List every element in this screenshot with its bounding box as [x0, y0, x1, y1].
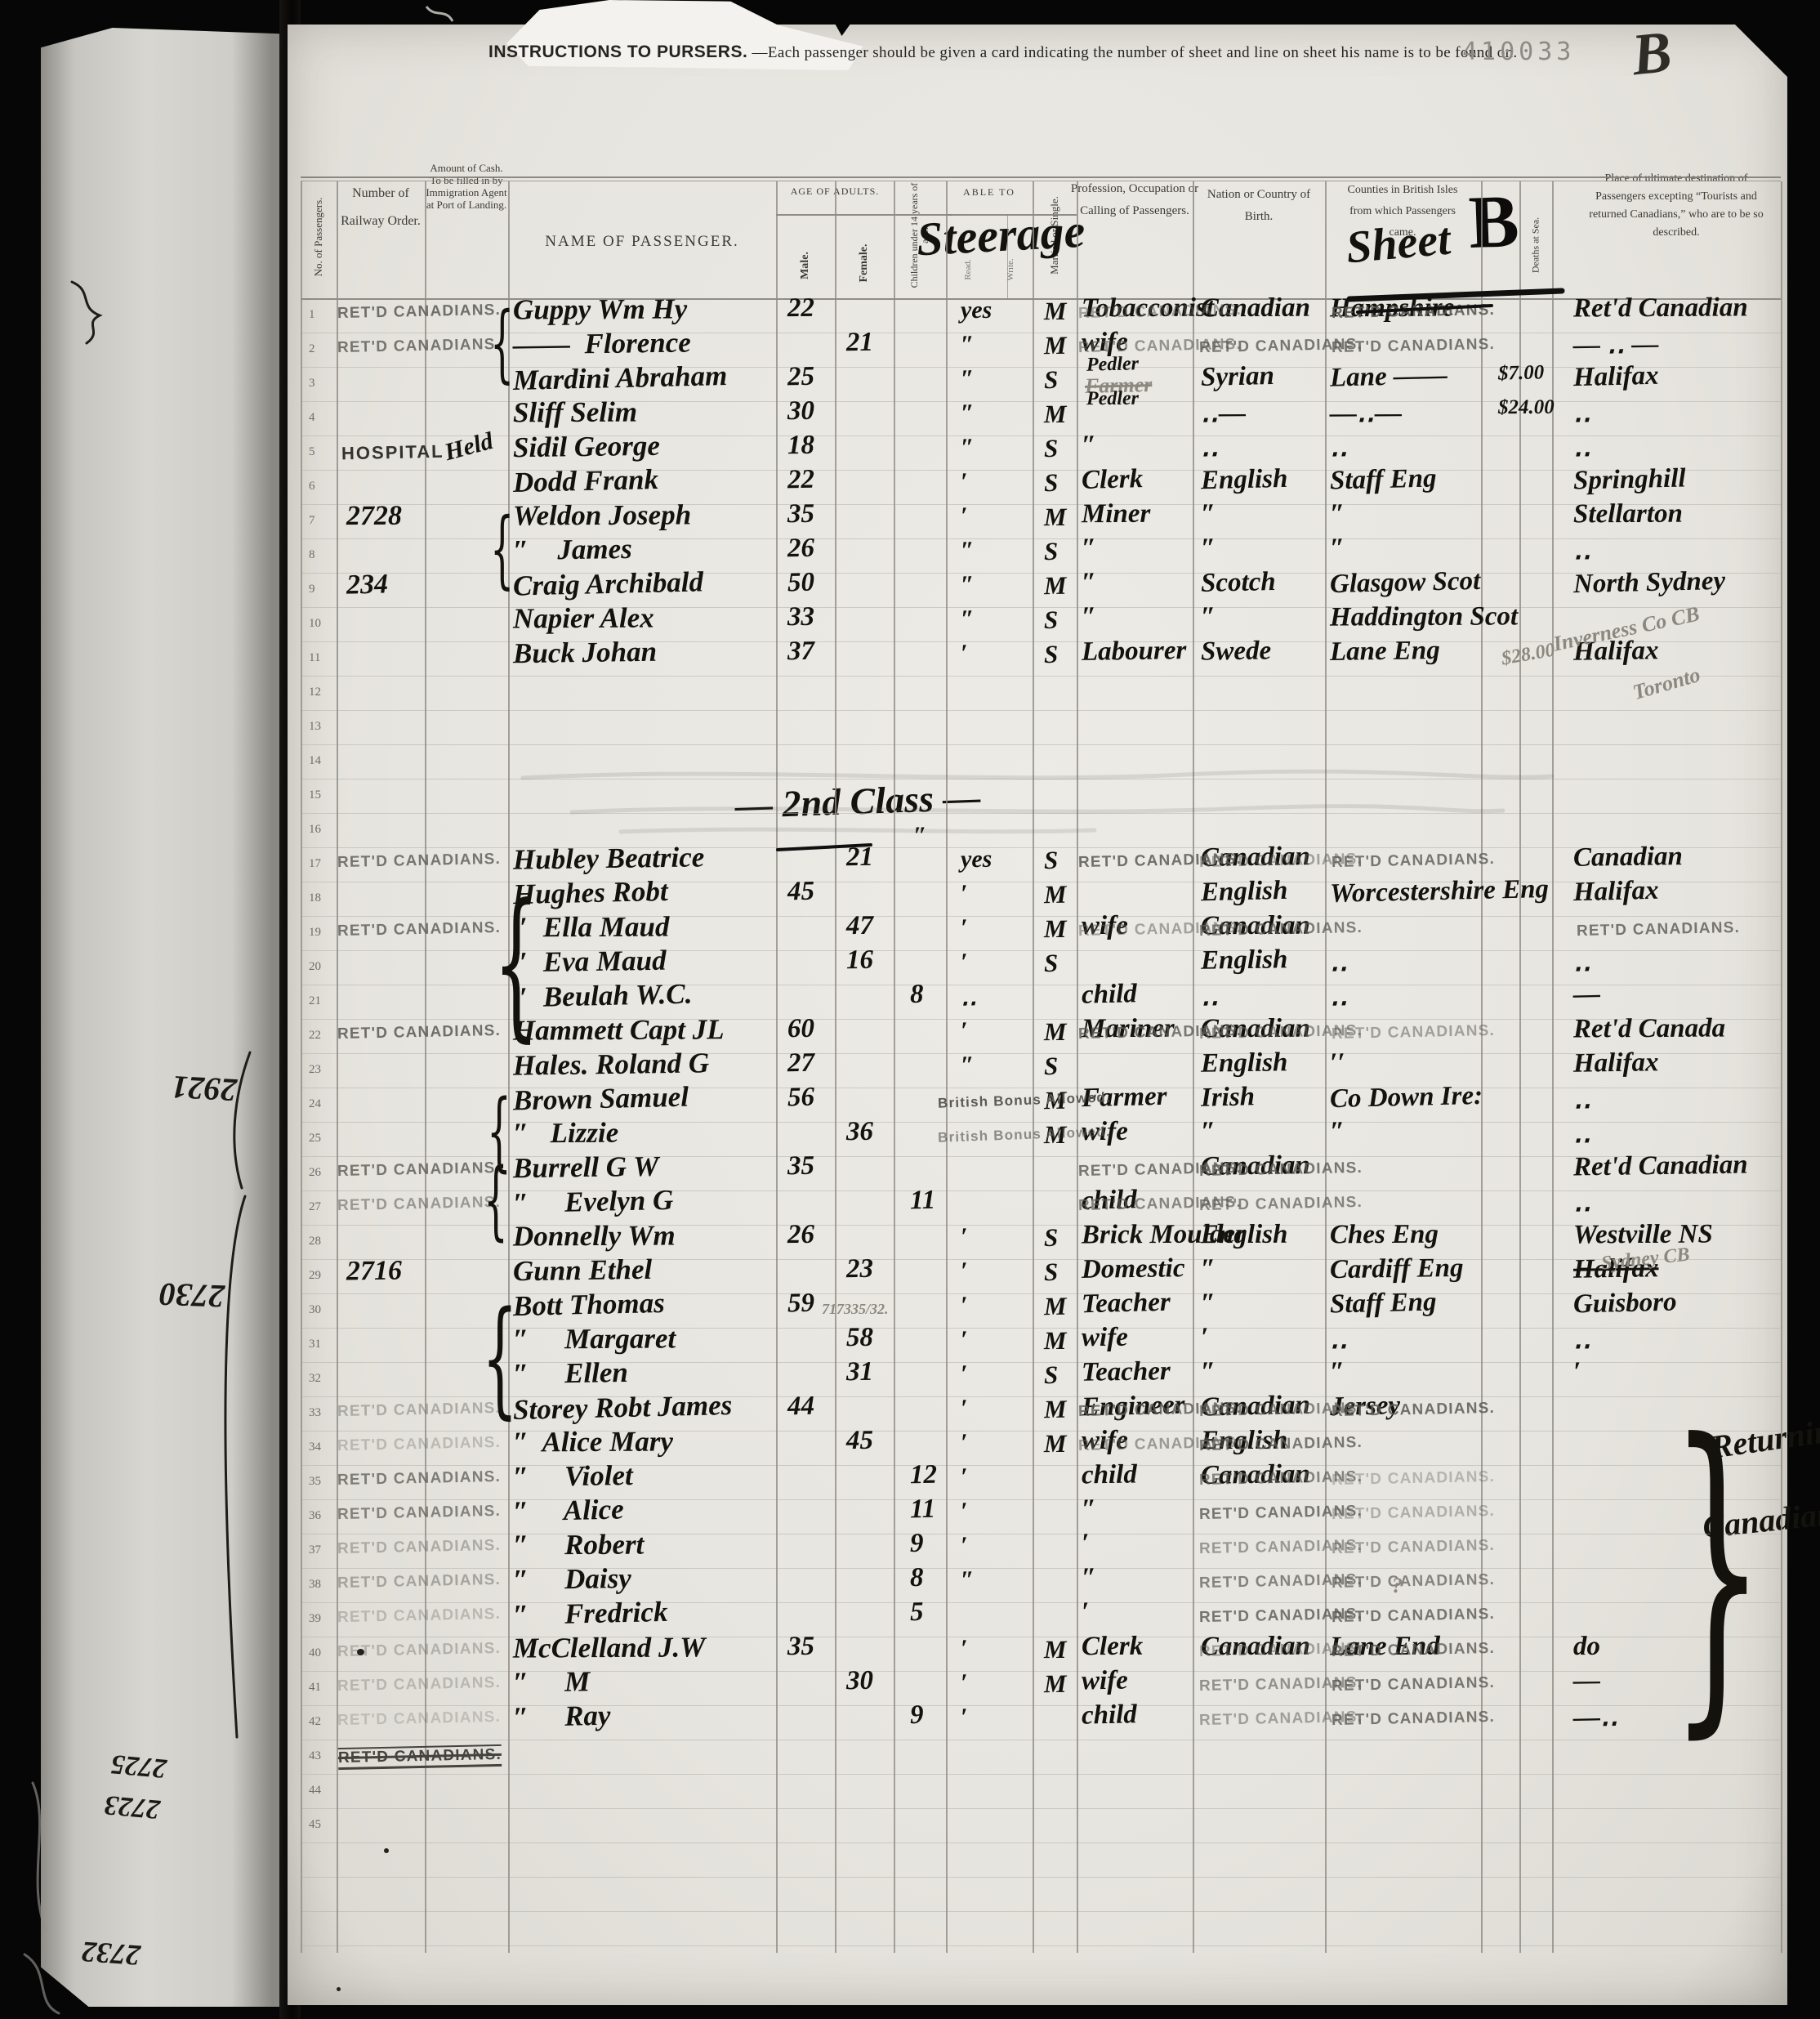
row-41-name: ″ M	[513, 1665, 591, 1699]
row-11-nat: Swede	[1201, 636, 1272, 667]
row-7-dst: Stellarton	[1573, 499, 1683, 530]
row-11-number: 11	[309, 651, 320, 665]
row-10-number: 10	[309, 617, 321, 631]
row-2-retd-stamp-cty: RET'D CANADIANS.	[1332, 336, 1495, 357]
row-5-dst: ‥	[1573, 431, 1592, 463]
row-36-c: 11	[910, 1494, 936, 1525]
grid-line	[1552, 181, 1554, 1953]
row-41-f: 30	[846, 1666, 874, 1696]
row-38-able: ″	[961, 1566, 975, 1594]
row-40-name: McClelland J.W	[513, 1631, 706, 1664]
row-20-nat: English	[1201, 945, 1288, 976]
row-4-dst: ‥	[1573, 396, 1591, 429]
row-24-nat: Irish	[1201, 1082, 1256, 1113]
row-10-able: ″	[961, 605, 975, 633]
row-6-name: Dodd Frank	[513, 463, 659, 499]
row-14-number: 14	[309, 754, 321, 768]
row-37-c: 9	[910, 1529, 924, 1559]
row-31-number: 31	[309, 1338, 321, 1351]
previous-page-edge: 2921 2730 2725 2723 2732	[41, 28, 279, 2007]
row-5-m: 18	[787, 431, 815, 461]
row-22-name: Hammett Capt JL	[513, 1013, 725, 1047]
col-header-male: Male.	[799, 252, 812, 279]
row-6-occ: Clerk	[1082, 464, 1144, 496]
row-31-dst: ‥	[1573, 1323, 1591, 1356]
row-41-occ: wife	[1082, 1666, 1128, 1697]
row-28-nat: English	[1201, 1220, 1288, 1251]
grid-line	[946, 181, 948, 1953]
row-1-retd-stamp-rw: RET'D CANADIANS.	[337, 302, 501, 323]
row-30-number: 30	[309, 1303, 321, 1317]
row-28-cty: Ches Eng	[1330, 1220, 1439, 1251]
row-3-m: 25	[787, 362, 815, 393]
row-21-able: ‥	[961, 983, 978, 1012]
row-41-retd-stamp-rw: RET'D CANADIANS.	[337, 1674, 501, 1695]
row-34-ms: M	[1044, 1429, 1067, 1458]
row-6-dst: Springhill	[1573, 463, 1686, 496]
row-25-number: 25	[309, 1132, 321, 1146]
row-3-dst: Halifax	[1573, 361, 1659, 393]
row-7-occ: Miner	[1082, 499, 1151, 529]
row-28-able: ′	[961, 1223, 968, 1251]
clipped-corner	[1733, 23, 1791, 80]
row-27-number: 27	[309, 1200, 321, 1214]
row-6-m: 22	[787, 465, 815, 496]
row-17-dst: Canadian	[1573, 842, 1683, 873]
row-1-name: Guppy Wm Hy	[513, 293, 687, 326]
row-22-m: 60	[787, 1014, 814, 1044]
row-28-number: 28	[309, 1235, 321, 1248]
row-33-number: 33	[309, 1406, 321, 1420]
row-40-m: 35	[787, 1632, 814, 1662]
row-1-dst: Ret'd Canadian	[1573, 293, 1748, 324]
instructions-title: INSTRUCTIONS TO PURSERS.	[488, 42, 747, 61]
row-18-number: 18	[309, 891, 321, 905]
row-25-nat: ″	[1201, 1117, 1216, 1147]
row-6-nat: English	[1201, 464, 1288, 496]
row-37-retd-stamp-cty: RET'D CANADIANS.	[1332, 1537, 1495, 1558]
ink-speck	[357, 1649, 364, 1655]
sheet-note: Sheet	[1344, 213, 1452, 275]
row-9-m: 50	[787, 568, 815, 599]
row-36-occ: ″	[1082, 1494, 1097, 1525]
row-39-retd-stamp-rw: RET'D CANADIANS.	[337, 1606, 501, 1627]
row-1-ms: M	[1044, 297, 1067, 326]
row-5-cty: ‥	[1330, 431, 1349, 463]
row-35-name: ″ Violet	[513, 1459, 633, 1494]
row-42-retd-stamp-rw: RET'D CANADIANS.	[337, 1709, 501, 1730]
row-3-ms: S	[1044, 365, 1059, 395]
grid-line	[301, 676, 1781, 677]
row-32-occ: Teacher	[1082, 1356, 1171, 1388]
row-21-cty: ‥	[1330, 980, 1349, 1012]
group-brace: }	[1670, 1401, 1765, 1738]
row-37-number: 37	[309, 1543, 321, 1557]
grid-line	[946, 214, 1077, 216]
sheet-letter-stamp: B	[1467, 177, 1520, 266]
row-8-nat: ″	[1201, 534, 1216, 564]
row-18-nat: English	[1201, 876, 1288, 908]
row-41-retd-stamp-cty: RET'D CANADIANS.	[1332, 1674, 1495, 1695]
row-17-able: yes	[961, 846, 993, 874]
row-19-f: 47	[846, 911, 873, 941]
row-35-occ: child	[1082, 1460, 1137, 1491]
cash-label-1: Amount of Cash.	[430, 162, 502, 174]
row-22-dst: Ret'd Canada	[1573, 1014, 1725, 1045]
row-33-m: 44	[787, 1391, 815, 1423]
row-6-able: ′	[961, 468, 968, 496]
row-27-retd-stamp-nat: RET'D CANADIANS.	[1199, 1194, 1363, 1215]
grid-line	[301, 176, 1781, 178]
row-4-number: 4	[309, 411, 315, 425]
row-23-dst: Halifax	[1573, 1047, 1659, 1079]
row-21-c: 8	[910, 980, 924, 1010]
row-37-occ: ′	[1082, 1529, 1089, 1559]
row-8-m: 26	[787, 534, 815, 564]
row-29-rw: 2716	[346, 1256, 403, 1288]
row-42-number: 42	[309, 1715, 321, 1729]
row-25-name: ″ Lizzie	[513, 1117, 618, 1150]
row-33-ms: M	[1044, 1395, 1067, 1425]
row-29-nat: ″	[1201, 1254, 1216, 1284]
row-20-able: ′	[961, 949, 968, 976]
row-22-ms: M	[1044, 1017, 1067, 1047]
row-1-retd-stamp-occ: RET'D CANADIANS.	[1078, 302, 1242, 323]
row-36-able: ′	[961, 1498, 968, 1525]
row-9-dst: North Sydney	[1573, 566, 1726, 600]
row-40-number: 40	[309, 1646, 321, 1660]
row-20-cty: ‥	[1330, 945, 1349, 978]
row-1-retd-stamp-cty: RET'D CANADIANS.	[1332, 302, 1495, 323]
row-28-m: 26	[787, 1220, 814, 1250]
row-15-number: 15	[309, 788, 321, 802]
grid-line	[301, 1911, 1781, 1912]
row-42-c: 9	[910, 1700, 924, 1731]
row-4-m: 30	[787, 396, 814, 427]
row-43-struck-stamp: RET'D CANADIANS.	[338, 1744, 502, 1770]
row-29-able: ′	[961, 1257, 968, 1285]
row-8-ms: S	[1044, 537, 1059, 566]
col-header-female: Female.	[858, 243, 871, 282]
row-5-hospital-stamp: HOSPITAL	[341, 441, 444, 465]
cash-label-2: To be filled in by Immigration Agent at …	[426, 174, 506, 211]
row-39-occ: ′	[1082, 1597, 1090, 1628]
grid-line	[301, 1843, 1781, 1843]
row-4-able: ″	[961, 400, 975, 427]
grid-line	[301, 1740, 1781, 1740]
margin-number: 2730	[158, 1275, 225, 1316]
row-35-retd-stamp-cty: RET'D CANADIANS.	[1332, 1468, 1495, 1490]
row-38-retd-stamp-rw: RET'D CANADIANS.	[337, 1571, 501, 1592]
row-7-ms: M	[1044, 503, 1067, 532]
row-3-name: Mardini Abraham	[513, 360, 728, 397]
row-9-occ: ″	[1082, 568, 1097, 598]
row-10-cty: Haddington Scot	[1330, 601, 1518, 632]
row-11-occ: Labourer	[1082, 636, 1187, 668]
row-40-dst: do	[1573, 1632, 1600, 1662]
row-36-retd-stamp-cty: RET'D CANADIANS.	[1332, 1503, 1495, 1524]
grid-line	[1077, 181, 1078, 1953]
row-40-occ: Clerk	[1082, 1632, 1143, 1662]
row-33-able: ′	[961, 1395, 968, 1423]
extra-annotation-1: $28.00	[1500, 639, 1557, 670]
row-10-name: Napier Alex	[513, 602, 654, 636]
row-42-retd-stamp-cty: RET'D CANADIANS.	[1332, 1709, 1495, 1730]
row-1-able: yes	[961, 297, 992, 324]
row-37-name: ″ Robert	[513, 1529, 645, 1562]
row-43-number: 43	[309, 1749, 321, 1763]
row-26-retd-stamp-rw: RET'D CANADIANS.	[337, 1159, 501, 1181]
row-32-dst: ′	[1573, 1357, 1581, 1387]
group-brace: {	[490, 507, 514, 592]
row-23-cty: ′′	[1330, 1048, 1345, 1079]
handwritten-sheet-letter: B	[1629, 18, 1675, 90]
row-20-ms: S	[1044, 949, 1059, 978]
row-8-name: ″ James	[513, 533, 632, 567]
row-23-able: ″	[961, 1052, 975, 1079]
instructions-text: —Each passenger should be given a card i…	[752, 44, 1517, 61]
row-10-ms: S	[1044, 605, 1058, 635]
row-30-nat: ″	[1201, 1289, 1216, 1319]
row-2-name: —— Florence	[513, 326, 691, 361]
row-12-number: 12	[309, 686, 321, 699]
grid-line	[301, 1808, 1781, 1809]
row-30-ms: M	[1044, 1292, 1067, 1322]
row-24-dst: ‥	[1573, 1083, 1592, 1115]
row-34-f: 45	[846, 1426, 873, 1456]
pursers-instructions: INSTRUCTIONS TO PURSERS. —Each passenger…	[488, 42, 1518, 62]
row-5-name: Sidil George	[513, 430, 660, 465]
row-39-number: 39	[309, 1612, 321, 1626]
row-4-dth: $24.00	[1498, 396, 1555, 419]
row-17-retd-stamp-rw: RET'D CANADIANS.	[337, 851, 501, 872]
row-41-number: 41	[309, 1681, 321, 1695]
row-41-able: ′	[961, 1669, 968, 1697]
row-3-cty: Lane ——	[1330, 360, 1448, 393]
row-32-ms: S	[1044, 1360, 1059, 1390]
margin-number: 2723	[103, 1789, 161, 1825]
grid-line	[301, 779, 1781, 779]
row-41-ms: M	[1044, 1669, 1067, 1699]
row-30-occ: Teacher	[1082, 1288, 1171, 1320]
row-39-c: 5	[910, 1597, 924, 1628]
group-brace: {	[484, 1158, 508, 1244]
ink-speck	[384, 1848, 389, 1853]
row-23-ms: S	[1044, 1052, 1059, 1081]
row-42-dst: —‥	[1573, 1700, 1619, 1733]
row-7-number: 7	[309, 514, 315, 528]
grid-line	[776, 214, 952, 216]
grid-line	[508, 181, 510, 1953]
row-32-able: ′	[961, 1360, 968, 1388]
col-header-railway: Number of Railway Order.	[336, 180, 426, 235]
row-34-retd-stamp-rw: RET'D CANADIANS.	[337, 1434, 501, 1455]
row-36-number: 36	[309, 1509, 321, 1523]
row-18-cty: Worcestershire Eng	[1330, 874, 1550, 909]
row-8-able: ″	[961, 537, 975, 565]
row-31-occ: wife	[1082, 1323, 1128, 1353]
row-37-retd-stamp-rw: RET'D CANADIANS.	[337, 1537, 501, 1558]
row-5-occ: ″	[1082, 431, 1097, 461]
row-9-cty: Glasgow Scot	[1330, 566, 1481, 600]
row-18-dst: Halifax	[1573, 876, 1659, 908]
row-26-retd-stamp-nat: RET'D CANADIANS.	[1199, 1159, 1363, 1181]
group-brace: {	[482, 1295, 518, 1422]
margin-number: 2732	[81, 1935, 142, 1973]
row-32-name: ″ Ellen	[513, 1356, 628, 1391]
grid-line	[301, 1774, 1781, 1775]
row-38-name: ″ Daisy	[513, 1562, 631, 1597]
row-19-retd-stamp-nat: RET'D CANADIANS.	[1199, 919, 1363, 940]
row-35-number: 35	[309, 1475, 321, 1489]
group-brace: {	[490, 302, 514, 386]
margin-number: 2725	[109, 1748, 167, 1784]
row-19-ms: M	[1044, 914, 1067, 944]
row-11-m: 37	[787, 637, 815, 667]
row-34-able: ′	[961, 1429, 968, 1457]
row-29-f: 23	[846, 1254, 874, 1284]
extra-annotation-2: Toronto	[1630, 663, 1702, 705]
col-header-cash: Amount of Cash. To be filled in by Immig…	[424, 162, 509, 211]
row-39-retd-stamp-cty: RET'D CANADIANS.	[1332, 1606, 1495, 1627]
row-24-name: Brown Samuel	[513, 1081, 689, 1118]
row-7-name: Weldon Joseph	[513, 498, 691, 532]
row-17-name: Hubley Beatrice	[513, 841, 705, 876]
ink-speck	[337, 1987, 341, 1991]
row-21-occ: child	[1082, 979, 1138, 1011]
row-11-able: ′	[961, 640, 968, 668]
row-31-nat: ′	[1201, 1323, 1208, 1353]
row-30-able: ′	[961, 1292, 968, 1320]
col-header-no: No. of Passengers.	[312, 198, 325, 277]
row-3-able: ″	[961, 365, 975, 393]
row-39-name: ″ Fredrick	[513, 1596, 668, 1632]
row-30-name: Bott Thomas	[513, 1287, 666, 1323]
grid-line	[1781, 181, 1782, 1953]
row-31-name: ″ Margaret	[513, 1322, 676, 1356]
row-21-nat: ‥	[1201, 980, 1220, 1012]
grid-line	[835, 181, 836, 1953]
grid-line	[1033, 181, 1034, 1953]
row-34-retd-stamp-nat: RET'D CANADIANS.	[1199, 1434, 1363, 1455]
row-36-name: ″ Alice	[513, 1493, 625, 1528]
row-9-nat: Scotch	[1201, 567, 1276, 599]
row-30-dst: Guisboro	[1573, 1288, 1677, 1320]
row-24-m: 56	[787, 1083, 815, 1114]
row-24-cty: Co Down Ire:	[1330, 1081, 1483, 1114]
margin-number: 2921	[171, 1068, 238, 1110]
row-32-nat: ″	[1201, 1357, 1216, 1387]
row-19-retd-stamp-rw: RET'D CANADIANS.	[337, 919, 501, 940]
row-2-retd-stamp-rw: RET'D CANADIANS.	[337, 336, 501, 357]
group-brace: {	[493, 883, 539, 1044]
row-40-able: ′	[961, 1635, 968, 1663]
row-10-occ: ″	[1082, 602, 1096, 632]
row-22-able: ′	[961, 1017, 968, 1045]
row-30-cty: Staff Eng	[1330, 1288, 1437, 1320]
row-6-number: 6	[309, 480, 315, 494]
row-23-m: 27	[787, 1048, 815, 1079]
row-11-ms: S	[1044, 640, 1059, 669]
row-2-number: 2	[309, 342, 315, 356]
grid-line	[776, 181, 778, 1953]
row-17-number: 17	[309, 857, 321, 871]
row-2-f: 21	[846, 328, 874, 358]
row-26-dst: Ret'd Canadian	[1573, 1150, 1748, 1183]
row-32-number: 32	[309, 1372, 321, 1386]
row-17-f: 21	[846, 842, 874, 873]
row-35-retd-stamp-rw: RET'D CANADIANS.	[337, 1468, 501, 1490]
row-19-able: ′	[961, 914, 968, 942]
row-27-retd-stamp-rw: RET'D CANADIANS.	[337, 1194, 501, 1215]
row-3-dth: $7.00	[1498, 361, 1545, 385]
row-7-m: 35	[787, 499, 814, 529]
row-1-m: 22	[787, 293, 814, 324]
row-3-number: 3	[309, 377, 315, 391]
row-4-nat: ‥—	[1201, 396, 1246, 429]
row-45-number: 45	[309, 1818, 321, 1832]
row-27-name: ″ Evelyn G	[513, 1184, 674, 1220]
row-32-f: 31	[846, 1357, 874, 1387]
row-1-number: 1	[309, 308, 315, 322]
grid-line	[301, 813, 1781, 814]
row-38-retd-stamp-cty: RET'D CANADIANS.	[1332, 1571, 1495, 1592]
grid-line	[301, 710, 1781, 711]
row-20-dst: ‥	[1573, 945, 1592, 978]
row-4-name: Sliff Selim	[513, 396, 637, 430]
row-36-retd-stamp-rw: RET'D CANADIANS.	[337, 1503, 501, 1524]
row-5-nat: ‥	[1201, 431, 1220, 463]
row-29-ms: S	[1044, 1257, 1059, 1287]
grid-line	[1519, 181, 1521, 1953]
row-4-cty: —‥—	[1330, 396, 1402, 429]
col-header-name: NAME OF PASSENGER.	[545, 233, 739, 251]
row-26-name: Burrell G W	[513, 1150, 659, 1185]
row-9-ms: M	[1044, 571, 1067, 601]
row-4-occ2: Pedler	[1086, 388, 1139, 410]
row-38-occ: ″	[1082, 1563, 1097, 1593]
row-7-cty: ″	[1330, 499, 1345, 529]
row-33-retd-stamp-cty: RET'D CANADIANS.	[1332, 1400, 1495, 1421]
row-40-ms: M	[1044, 1635, 1067, 1664]
row-5-ms: S	[1044, 434, 1059, 463]
row-28-name: Donnelly Wm	[513, 1219, 676, 1253]
extra-annotation-6: Held	[442, 427, 497, 467]
col-header-profession: Profession, Occupation or Calling of Pas…	[1065, 178, 1204, 222]
row-7-rw: 2728	[346, 501, 402, 532]
row-21-dst: —	[1573, 980, 1601, 1011]
row-21-number: 21	[309, 994, 321, 1008]
row-34-name: ″ Alice Mary	[513, 1425, 673, 1458]
row-25-f: 36	[846, 1117, 873, 1147]
extra-annotation-5: ?	[1392, 1574, 1403, 1598]
serial-number-stamp: 410033	[1462, 38, 1575, 66]
second-class-ditto: ″	[913, 822, 927, 850]
row-29-name: Gunn Ethel	[513, 1253, 653, 1288]
row-22-retd-stamp-rw: RET'D CANADIANS.	[337, 1022, 501, 1043]
row-23-nat: English	[1201, 1047, 1288, 1079]
row-21-name: ″ Beulah W.C.	[513, 978, 693, 1015]
col-header-able: Able to	[963, 186, 1015, 199]
row-22-number: 22	[309, 1029, 321, 1043]
row-7-nat: ″	[1201, 499, 1216, 529]
row-13-number: 13	[309, 720, 321, 734]
row-35-able: ′	[961, 1463, 968, 1491]
row-34-number: 34	[309, 1441, 321, 1454]
row-29-occ: Domestic	[1082, 1253, 1185, 1285]
row-9-name: Craig Archibald	[513, 565, 704, 602]
row-26-m: 35	[787, 1151, 815, 1181]
